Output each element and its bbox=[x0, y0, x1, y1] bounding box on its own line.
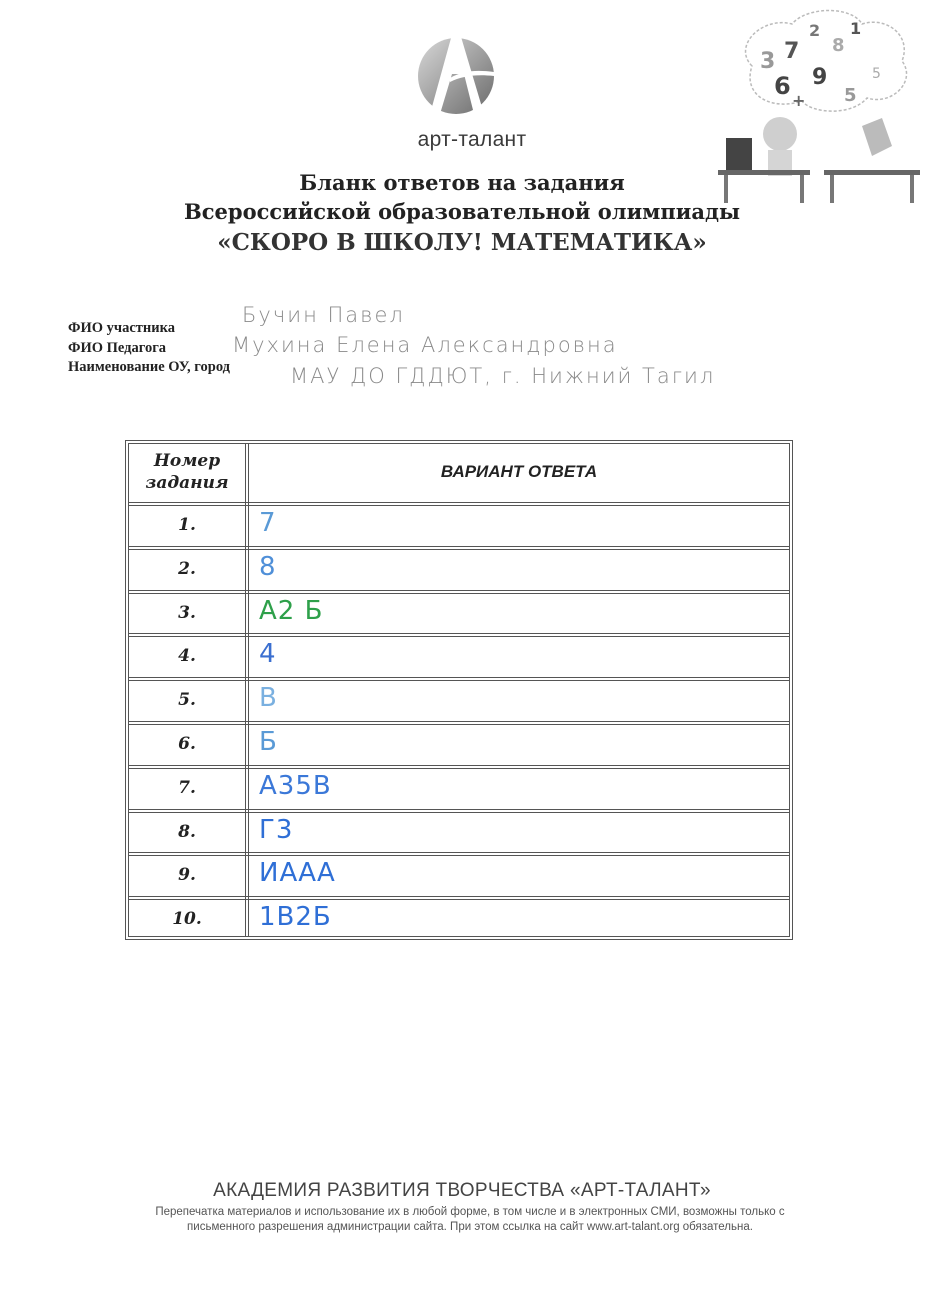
school-city-value: МАУ ДО ГДДЮТ, г. Нижний Тагил bbox=[290, 364, 715, 388]
task-number: 1. bbox=[129, 515, 245, 535]
header-task-number-line1: Номер bbox=[129, 450, 245, 472]
logo-wordmark: арт-талант bbox=[392, 128, 552, 152]
header-answer-variant: ВАРИАНТ ОТВЕТА bbox=[249, 462, 789, 482]
art-talant-logo-icon bbox=[416, 14, 496, 124]
task-number: 8. bbox=[129, 822, 245, 842]
task-number: 2. bbox=[129, 559, 245, 579]
handwritten-answer: Г3 bbox=[259, 815, 293, 845]
handwritten-answer: 4 bbox=[259, 639, 277, 669]
school-city-label: Наименование ОУ, город bbox=[68, 359, 230, 376]
header-task-number-line2: задания bbox=[129, 472, 245, 494]
answer-table: Номер задания ВАРИАНТ ОТВЕТА 1.72.83.А2 … bbox=[125, 440, 793, 940]
handwritten-answer: А35В bbox=[259, 771, 332, 801]
answer-row: 9.ИААА bbox=[129, 852, 789, 896]
handwritten-answer: Б bbox=[259, 727, 278, 757]
answer-row: 7.А35В bbox=[129, 765, 789, 809]
svg-text:+: + bbox=[792, 91, 805, 110]
handwritten-answer: 8 bbox=[259, 552, 277, 582]
olympiad-title: Всероссийской образовательной олимпиады bbox=[0, 199, 924, 224]
svg-text:1: 1 bbox=[850, 19, 861, 38]
answer-row: 6.Б bbox=[129, 721, 789, 765]
svg-text:6: 6 bbox=[774, 72, 791, 100]
answer-row: 2.8 bbox=[129, 546, 789, 590]
footer-notice-line2: письменного разрешения администрации сай… bbox=[80, 1220, 860, 1235]
olympiad-name: «СКОРО В ШКОЛУ! МАТЕМАТИКА» bbox=[0, 229, 924, 256]
handwritten-answer: 7 bbox=[259, 508, 277, 538]
svg-text:8: 8 bbox=[832, 35, 845, 56]
teacher-name-value: Мухина Елена Александровна bbox=[232, 333, 618, 357]
svg-text:3: 3 bbox=[760, 49, 775, 74]
form-title: Бланк ответов на задания bbox=[0, 170, 924, 195]
answer-row: 4.4 bbox=[129, 633, 789, 677]
answer-row: 10.1В2Б bbox=[129, 896, 789, 940]
svg-text:5: 5 bbox=[872, 66, 881, 82]
handwritten-answer: ИААА bbox=[259, 858, 336, 888]
answer-row: 8.Г3 bbox=[129, 809, 789, 853]
task-number: 5. bbox=[129, 690, 245, 710]
task-number: 10. bbox=[129, 909, 245, 929]
svg-text:2: 2 bbox=[809, 21, 820, 40]
answer-row: 5.В bbox=[129, 677, 789, 721]
svg-text:5: 5 bbox=[844, 85, 857, 106]
task-number: 6. bbox=[129, 734, 245, 754]
answer-row: 1.7 bbox=[129, 502, 789, 546]
task-number: 4. bbox=[129, 646, 245, 666]
header-task-number: Номер задания bbox=[129, 450, 245, 494]
task-number: 3. bbox=[129, 603, 245, 623]
task-number: 7. bbox=[129, 778, 245, 798]
task-number: 9. bbox=[129, 865, 245, 885]
handwritten-answer: А2 Б bbox=[259, 596, 323, 626]
participant-name-label: ФИО участника bbox=[68, 320, 175, 337]
handwritten-answer: 1В2Б bbox=[259, 902, 332, 932]
teacher-name-label: ФИО Педагога bbox=[68, 340, 166, 357]
svg-text:7: 7 bbox=[784, 39, 799, 64]
svg-text:9: 9 bbox=[812, 65, 827, 90]
footer-notice-line1: Перепечатка материалов и использование и… bbox=[80, 1205, 860, 1220]
answer-row: 3.А2 Б bbox=[129, 590, 789, 634]
handwritten-answer: В bbox=[259, 683, 278, 713]
footer-copyright-notice: Перепечатка материалов и использование и… bbox=[80, 1205, 860, 1235]
footer-academy-title: АКАДЕМИЯ РАЗВИТИЯ ТВОРЧЕСТВА «АРТ-ТАЛАНТ… bbox=[0, 1180, 924, 1202]
participant-name-value: Бучин Павел bbox=[242, 303, 405, 327]
